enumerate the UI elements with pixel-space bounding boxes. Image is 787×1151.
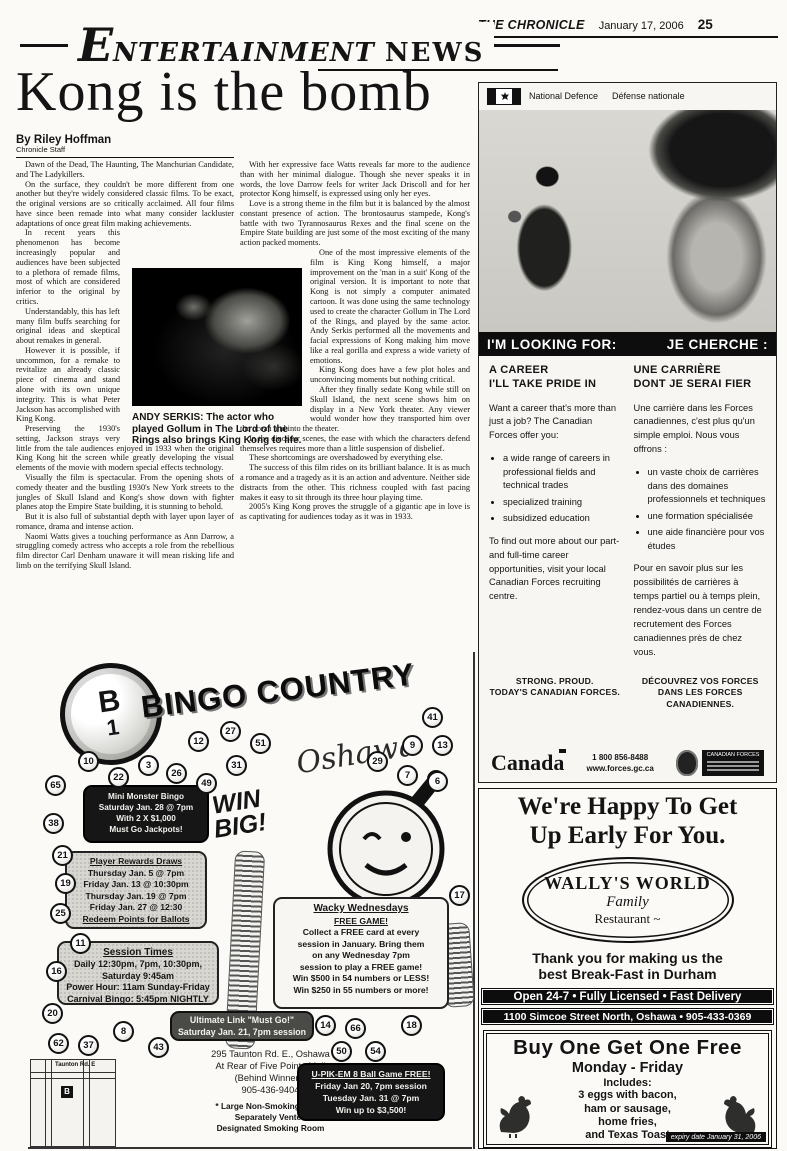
wacky-wednesdays-box: Wacky Wednesdays FREE GAME! Collect a FR… [273,897,449,1009]
bingo-ball: 50 [331,1041,352,1062]
box-line: session to play a FREE game! [275,962,447,974]
slogan-line: DÉCOUVREZ VOS FORCES [633,676,769,688]
paragraph: These shortcomings are overshadowed by e… [240,453,470,463]
headline-bar-en: I'M LOOKING FOR: [487,337,617,352]
article-headline: Kong is the bomb [16,64,476,120]
bullet-item: a wide range of careers in professional … [503,452,622,492]
canada-flag-icon [487,88,521,105]
headline-line: We're Happy To Get [479,793,776,822]
forces-intro-en: Want a career that's more than just a jo… [489,402,622,444]
byline-block: By Riley Hoffman Chronicle Staff [16,134,234,158]
maple-leaf-icon [501,92,509,100]
bingo-ball: 14 [315,1015,336,1036]
bingo-ball: 3 [138,755,159,776]
wallys-logo: WALLY'S WORLD Family Restaurant ~ [522,857,734,943]
location-map: Taunton Rd. E B [30,1059,116,1147]
box-line: Win $250 in 55 numbers or more! [275,985,447,997]
map-road-label: Taunton Rd. E [55,1062,95,1068]
bingo-ball: 12 [188,731,209,752]
win-big-badge: WIN BIG! [209,787,269,842]
bullet-item: specialized training [503,496,622,509]
bingo-ball: 10 [78,751,99,772]
wordmark-text: Canada [491,750,564,775]
bullet-item: un vaste choix de carrières dans des dom… [648,466,767,506]
paragraph: Visually the film is spectacular. From t… [16,473,234,512]
bingo-ball: 49 [196,773,217,794]
forces-ad-body: A CAREER I'LL TAKE PRIDE IN Want a caree… [479,356,776,664]
upikem-box: U-PIK-EM 8 Ball Game FREE! Friday Jan 20… [297,1063,445,1121]
bingo-ball: 17 [449,885,470,906]
soldiers-photo [479,110,776,332]
agency-fr: Défense nationale [612,91,685,101]
bingo-ball: 27 [220,721,241,742]
headline-bar-fr: JE CHERCHE : [667,337,768,352]
box-line: Tuesday Jan. 31 @ 7pm [299,1092,443,1104]
bingo-ball: 25 [50,903,71,924]
canada-wordmark: Canada [491,750,564,776]
restaurant-name: WALLY'S WORLD [544,873,711,894]
forces-crest-icon [676,750,698,776]
forces-bullets-en: a wide range of careers in professional … [493,452,622,525]
box-line: Saturday 9:45am [59,971,217,983]
forces-ad-header: National Defence Défense nationale [479,83,776,110]
thanks-line: Thank you for making us the [479,950,776,967]
bingo-ball: 62 [48,1033,69,1054]
slogan-line: STRONG. PROUD. [487,676,623,688]
forces-badges: CANADIAN FORCES [676,750,764,776]
forces-heading-fr: UNE CARRIÈRE DONT JE SERAI FIER [634,364,767,392]
forces-website: www.forces.gc.ca [587,763,654,774]
gollum-photo [132,268,302,406]
map-road [31,1072,115,1079]
bullet-item: une aide financière pour vos études [648,526,767,553]
mini-monster-box: Mini Monster Bingo Saturday Jan. 28 @ 7p… [83,785,209,843]
box-title: Wacky Wednesdays [275,902,447,916]
paragraph: The success of this film rides on its br… [240,463,470,502]
byline-role: Chronicle Staff [16,145,234,154]
heading-line: I'LL TAKE PRIDE IN [489,378,622,392]
column-divider [473,652,475,1149]
forces-slogans: STRONG. PROUD. TODAY'S CANADIAN FORCES. … [479,664,776,711]
masthead: THE CHRONICLE January 17, 2006 25 [478,17,778,38]
address-bar: 1100 Simcoe Street North, Oshawa • 905-4… [481,1008,774,1025]
bingo-ball: 13 [432,735,453,756]
forces-badge: CANADIAN FORCES [702,750,764,776]
thanks-line: best Break-Fast in Durham [479,966,776,983]
badge-lines [707,761,759,773]
box-line: Saturday Jan. 28 @ 7pm [85,802,207,813]
bingo-ball: 11 [70,933,91,954]
bingo-ball: 7 [397,765,418,786]
paragraph: Love is a strong theme in the film but i… [240,199,470,248]
bingo-ball: 38 [43,813,64,834]
coupon-days: Monday - Friday [487,1060,768,1076]
bingo-ball: 43 [148,1037,169,1058]
forces-ad: National Defence Défense nationale I'M L… [478,82,777,783]
includes-label: Includes: [487,1077,768,1089]
forces-ad-footer: Canada 1 800 856-8488 www.forces.gc.ca C… [479,750,776,776]
agency-names: National Defence Défense nationale [529,91,685,101]
bingo-ball: 29 [367,751,388,772]
ball-number: 1 [105,714,121,741]
forces-phone: 1 800 856-8488 [587,752,654,763]
forces-headline-bar: I'M LOOKING FOR: JE CHERCHE : [479,332,776,356]
box-line: Friday Jan. 27 @ 12:30 [67,902,205,914]
slogan-en: STRONG. PROUD. TODAY'S CANADIAN FORCES. [487,676,623,711]
wallys-headline: We're Happy To Get Up Early For You. [479,789,776,851]
box-line: Must Go Jackpots! [85,824,207,835]
bingo-ball: 18 [401,1015,422,1036]
bullet-item: subsidized education [503,512,622,525]
box-line: Mini Monster Bingo [85,791,207,802]
bingo-ad: B 1 BINGO COUNTRY Oshawa WIN BIG! Mini M… [28,655,472,1149]
note-line: Designated Smoking Room [178,1123,363,1134]
headline-line: Up Early For You. [479,822,776,851]
badge-label: CANADIAN FORCES [707,752,760,758]
coupon: Buy One Get One Free Monday - Friday Inc… [483,1030,772,1148]
bullet-item: une formation spécialisée [648,510,767,523]
photo-caption: ANDY SERKIS: The actor who played Gollum… [132,412,308,447]
rooster-graphic [495,1092,535,1138]
box-line: on any Wednesday 7pm [275,950,447,962]
flag-mini-icon [559,749,566,753]
bingo-ball: 51 [250,733,271,754]
hours-bar: Open 24-7 • Fully Licensed • Fast Delive… [481,988,774,1005]
paragraph: 2005's King Kong proves the struggle of … [240,502,470,522]
box-line: Carnival Bingo: 5:45pm NIGHTLY [59,994,217,1006]
page-number: 25 [698,17,713,32]
logo-subtitle: Family [606,894,649,911]
box-line: Friday Jan. 13 @ 10:30pm [67,879,205,891]
forces-outro-en: To find out more about our part- and ful… [489,535,622,605]
wallys-world-ad: We're Happy To Get Up Early For You. WAL… [478,788,777,1149]
forces-contact: 1 800 856-8488 www.forces.gc.ca [587,752,654,774]
paragraph: With her expressive face Watts reveals f… [240,160,470,199]
box-line: Saturday Jan. 21, 7pm session [172,1027,312,1039]
box-line: session in January. Bring them [275,939,447,951]
bingo-ball: 31 [226,755,247,776]
thanks-text: Thank you for making us the best Break-F… [479,947,776,989]
issue-date: January 17, 2006 [599,20,684,32]
heading-line: UNE CARRIÈRE [634,364,767,378]
forces-column-en: A CAREER I'LL TAKE PRIDE IN Want a caree… [489,364,622,660]
win-big-line: BIG! [212,811,268,843]
box-line: Friday Jan 20, 7pm session [299,1080,443,1092]
box-line: Daily 12:30pm, 7pm, 10:30pm, [59,959,217,971]
bingo-ball: 6 [427,771,448,792]
bingo-ball: 54 [365,1041,386,1062]
bingo-ball: 22 [108,767,129,788]
ball-letter: B [97,686,122,716]
box-line: Collect a FREE card at every [275,927,447,939]
coupon-expiry: expiry date January 31, 2006 [666,1132,766,1142]
box-line: Thursday Jan. 19 @ 7pm [67,891,205,903]
logo-subtitle: Restaurant ~ [595,911,661,927]
ultimate-link-box: Ultimate Link "Must Go!" Saturday Jan. 2… [170,1011,314,1041]
bingo-ball: 41 [422,707,443,728]
slogan-line: DANS LES FORCES CANADIENNES. [633,687,769,710]
box-title: U-PIK-EM 8 Ball Game FREE! [299,1068,443,1080]
bingo-ball: 26 [166,763,187,784]
article-body: Dawn of the Dead, The Haunting, The Manc… [16,160,470,656]
paragraph: On the surface, they couldn't be more di… [16,180,234,229]
bingo-ball: 37 [78,1035,99,1056]
box-line: Power Hour: 11am Sunday-Friday [59,982,217,994]
box-line: Win up to $3,500! [299,1104,443,1116]
player-rewards-box: Player Rewards Draws Thursday Jan. 5 @ 7… [65,851,207,929]
bingo-ball: 21 [52,845,73,866]
map-marker: B [61,1086,73,1098]
forces-bullets-fr: un vaste choix de carrières dans des dom… [638,466,767,553]
box-title: Player Rewards Draws [67,856,205,868]
heading-line: A CAREER [489,364,622,378]
box-subtitle: FREE GAME! [275,916,447,928]
forces-intro-fr: Une carrière dans les Forces canadiennes… [634,402,767,458]
slogan-line: TODAY'S CANADIAN FORCES. [487,687,623,699]
bingo-ball: 9 [402,735,423,756]
bingo-ball: 8 [113,1021,134,1042]
forces-heading-en: A CAREER I'LL TAKE PRIDE IN [489,364,622,392]
box-line: With 2 X $1,000 [85,813,207,824]
box-line: Ultimate Link "Must Go!" [172,1015,312,1027]
bingo-ball: 66 [345,1018,366,1039]
forces-column-fr: UNE CARRIÈRE DONT JE SERAI FIER Une carr… [634,364,767,660]
heading-line: DONT JE SERAI FIER [634,378,767,392]
box-line: Win $500 in 54 numbers or LESS! [275,973,447,985]
bingo-ball: 65 [45,775,66,796]
slogan-fr: DÉCOUVREZ VOS FORCES DANS LES FORCES CAN… [633,676,769,711]
bingo-ball: 16 [46,961,67,982]
paragraph: But it is also full of substantial depth… [16,512,234,532]
bingo-ball: 19 [55,873,76,894]
paragraph: Dawn of the Dead, The Haunting, The Manc… [16,160,234,180]
bottom-rule [28,1147,472,1149]
box-line: Redeem Points for Ballots [67,914,205,926]
box-line: Thursday Jan. 5 @ 7pm [67,868,205,880]
bingo-ball: 20 [42,1003,63,1024]
forces-outro-fr: Pour en savoir plus sur les possibilités… [634,562,767,660]
agency-en: National Defence [529,91,598,101]
coupon-title: Buy One Get One Free [487,1036,768,1060]
paragraph: Naomi Watts gives a touching performance… [16,532,234,571]
newspaper-page: THE CHRONICLE January 17, 2006 25 ENTERT… [0,0,787,1151]
